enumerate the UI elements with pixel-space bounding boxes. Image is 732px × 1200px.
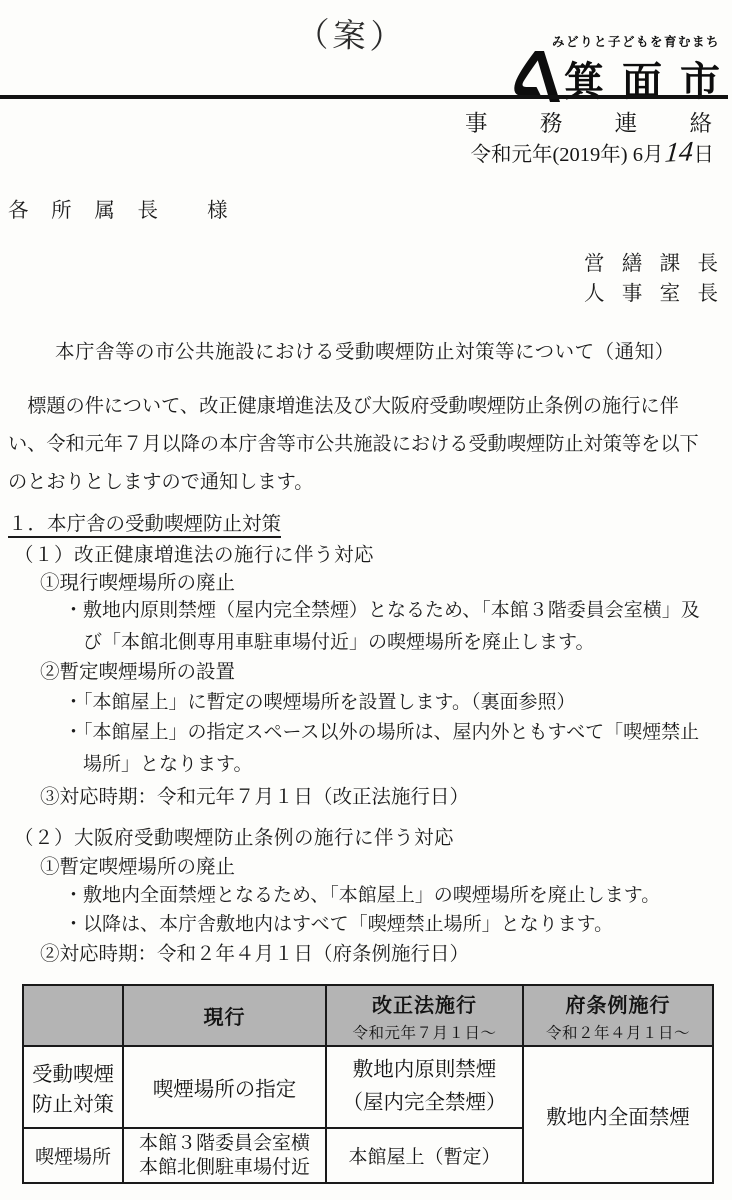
subject-title: 本庁舎等の市公共施設における受動喫煙防止対策等について（通知） xyxy=(55,336,675,364)
bullet-abolish-current-spots: ・敷地内原則禁煙（屋内完全禁煙）となるため、「本館３階委員会室横」及び「本館北側… xyxy=(64,595,716,658)
cell-measures-current: 喫煙場所の指定 xyxy=(123,1046,326,1128)
header-current: 現行 xyxy=(123,985,326,1046)
recipient-line: 各 所 属 長 様 xyxy=(8,193,228,223)
sender-eizen-kacho: 営 繕 課 長 xyxy=(584,249,718,279)
bullet-all-premises-banned: ・以降は、本庁舎敷地内はすべて「喫煙禁止場所」となります。 xyxy=(64,909,716,941)
recipient-honorific: 様 xyxy=(207,200,228,222)
row-label-measures: 受動喫煙 防止対策 xyxy=(23,1046,123,1128)
sender-block: 営 繕 課 長 人 事 室 長 xyxy=(584,249,718,309)
bullet-abolish-rooftop: ・敷地内全面禁煙となるため、「本館屋上」の喫煙場所を廃止します。 xyxy=(64,880,716,912)
header-revised-law: 改正法施行 令和元年７月１日～ xyxy=(326,985,523,1046)
date-suffix: 日 xyxy=(694,137,715,167)
table-header-row: 現行 改正法施行 令和元年７月１日～ 府条例施行 令和２年４月１日～ xyxy=(23,985,713,1046)
date-prefix: 令和元年(2019年) 6月 xyxy=(470,137,663,167)
cell-measures-revised-law: 敷地内原則禁煙 （屋内完全禁煙） xyxy=(326,1046,523,1128)
smoking-policy-summary-table: 現行 改正法施行 令和元年７月１日～ 府条例施行 令和２年４月１日～ 受動喫煙 … xyxy=(22,984,714,1184)
item-1-2-1: ①暫定喫煙場所の廃止 xyxy=(40,851,235,879)
row-label-locations: 喫煙場所 xyxy=(23,1128,123,1183)
subsection1-2-heading: （２）大阪府受動喫煙防止条例の施行に伴う対応 xyxy=(14,822,454,850)
header-prefectural-ordinance: 府条例施行 令和２年４月１日～ xyxy=(523,985,713,1046)
intro-paragraph: 標題の件について、改正健康増進法及び大阪府受動喫煙防止条例の施行に伴い、令和元年… xyxy=(8,388,714,502)
document-date: 令和元年(2019年) 6月 14 日 xyxy=(470,137,714,167)
item-1-1-1: ①現行喫煙場所の廃止 xyxy=(40,567,235,595)
item-1-1-3: ③対応時期：令和元年７月１日（改正法施行日） xyxy=(40,781,469,809)
header-blank-cell xyxy=(23,985,123,1046)
handwritten-draft-mark: （案） xyxy=(295,8,408,60)
bullet-no-smoking-elsewhere: ・「本館屋上」の指定スペース以外の場所は、屋内外ともすべて「喫煙禁止場所」となり… xyxy=(64,717,716,780)
cell-measures-prefectural: 敷地内全面禁煙 xyxy=(523,1046,713,1183)
section1-heading: １．本庁舎の受動喫煙防止対策 xyxy=(8,508,281,536)
item-1-2-2: ②対応時期：令和２年４月１日（府条例施行日） xyxy=(40,938,469,966)
handwritten-day: 14 xyxy=(663,138,694,167)
scanned-notice-document: （案） みどりと子どもを育むまち 箕面市 事 務 連 絡 令和元年(2019年)… xyxy=(0,0,732,1200)
recipient-name: 各 所 属 長 xyxy=(8,193,158,223)
subsection1-1-heading: （１）改正健康増進法の施行に伴う対応 xyxy=(14,539,374,567)
bullet-rooftop-temporary: ・「本館屋上」に暫定の喫煙場所を設置します。（裏面参照） xyxy=(64,687,716,719)
sender-jinji-shitsucho: 人 事 室 長 xyxy=(584,279,718,309)
cell-locations-revised-law: 本館屋上（暫定） xyxy=(326,1128,523,1183)
table-row-measures: 受動喫煙 防止対策 喫煙場所の指定 敷地内原則禁煙 （屋内完全禁煙） 敷地内全面… xyxy=(23,1046,713,1128)
header-divider-rule xyxy=(0,95,728,99)
city-logo-block: みどりと子どもを育むまち 箕面市 xyxy=(508,32,720,103)
document-type-label: 事 務 連 絡 xyxy=(465,106,712,138)
item-1-1-2: ②暫定喫煙場所の設置 xyxy=(40,656,235,684)
cell-locations-current: 本館３階委員会室横 本館北側駐車場付近 xyxy=(123,1128,326,1183)
city-tagline: みどりと子どもを育むまち xyxy=(508,32,720,50)
